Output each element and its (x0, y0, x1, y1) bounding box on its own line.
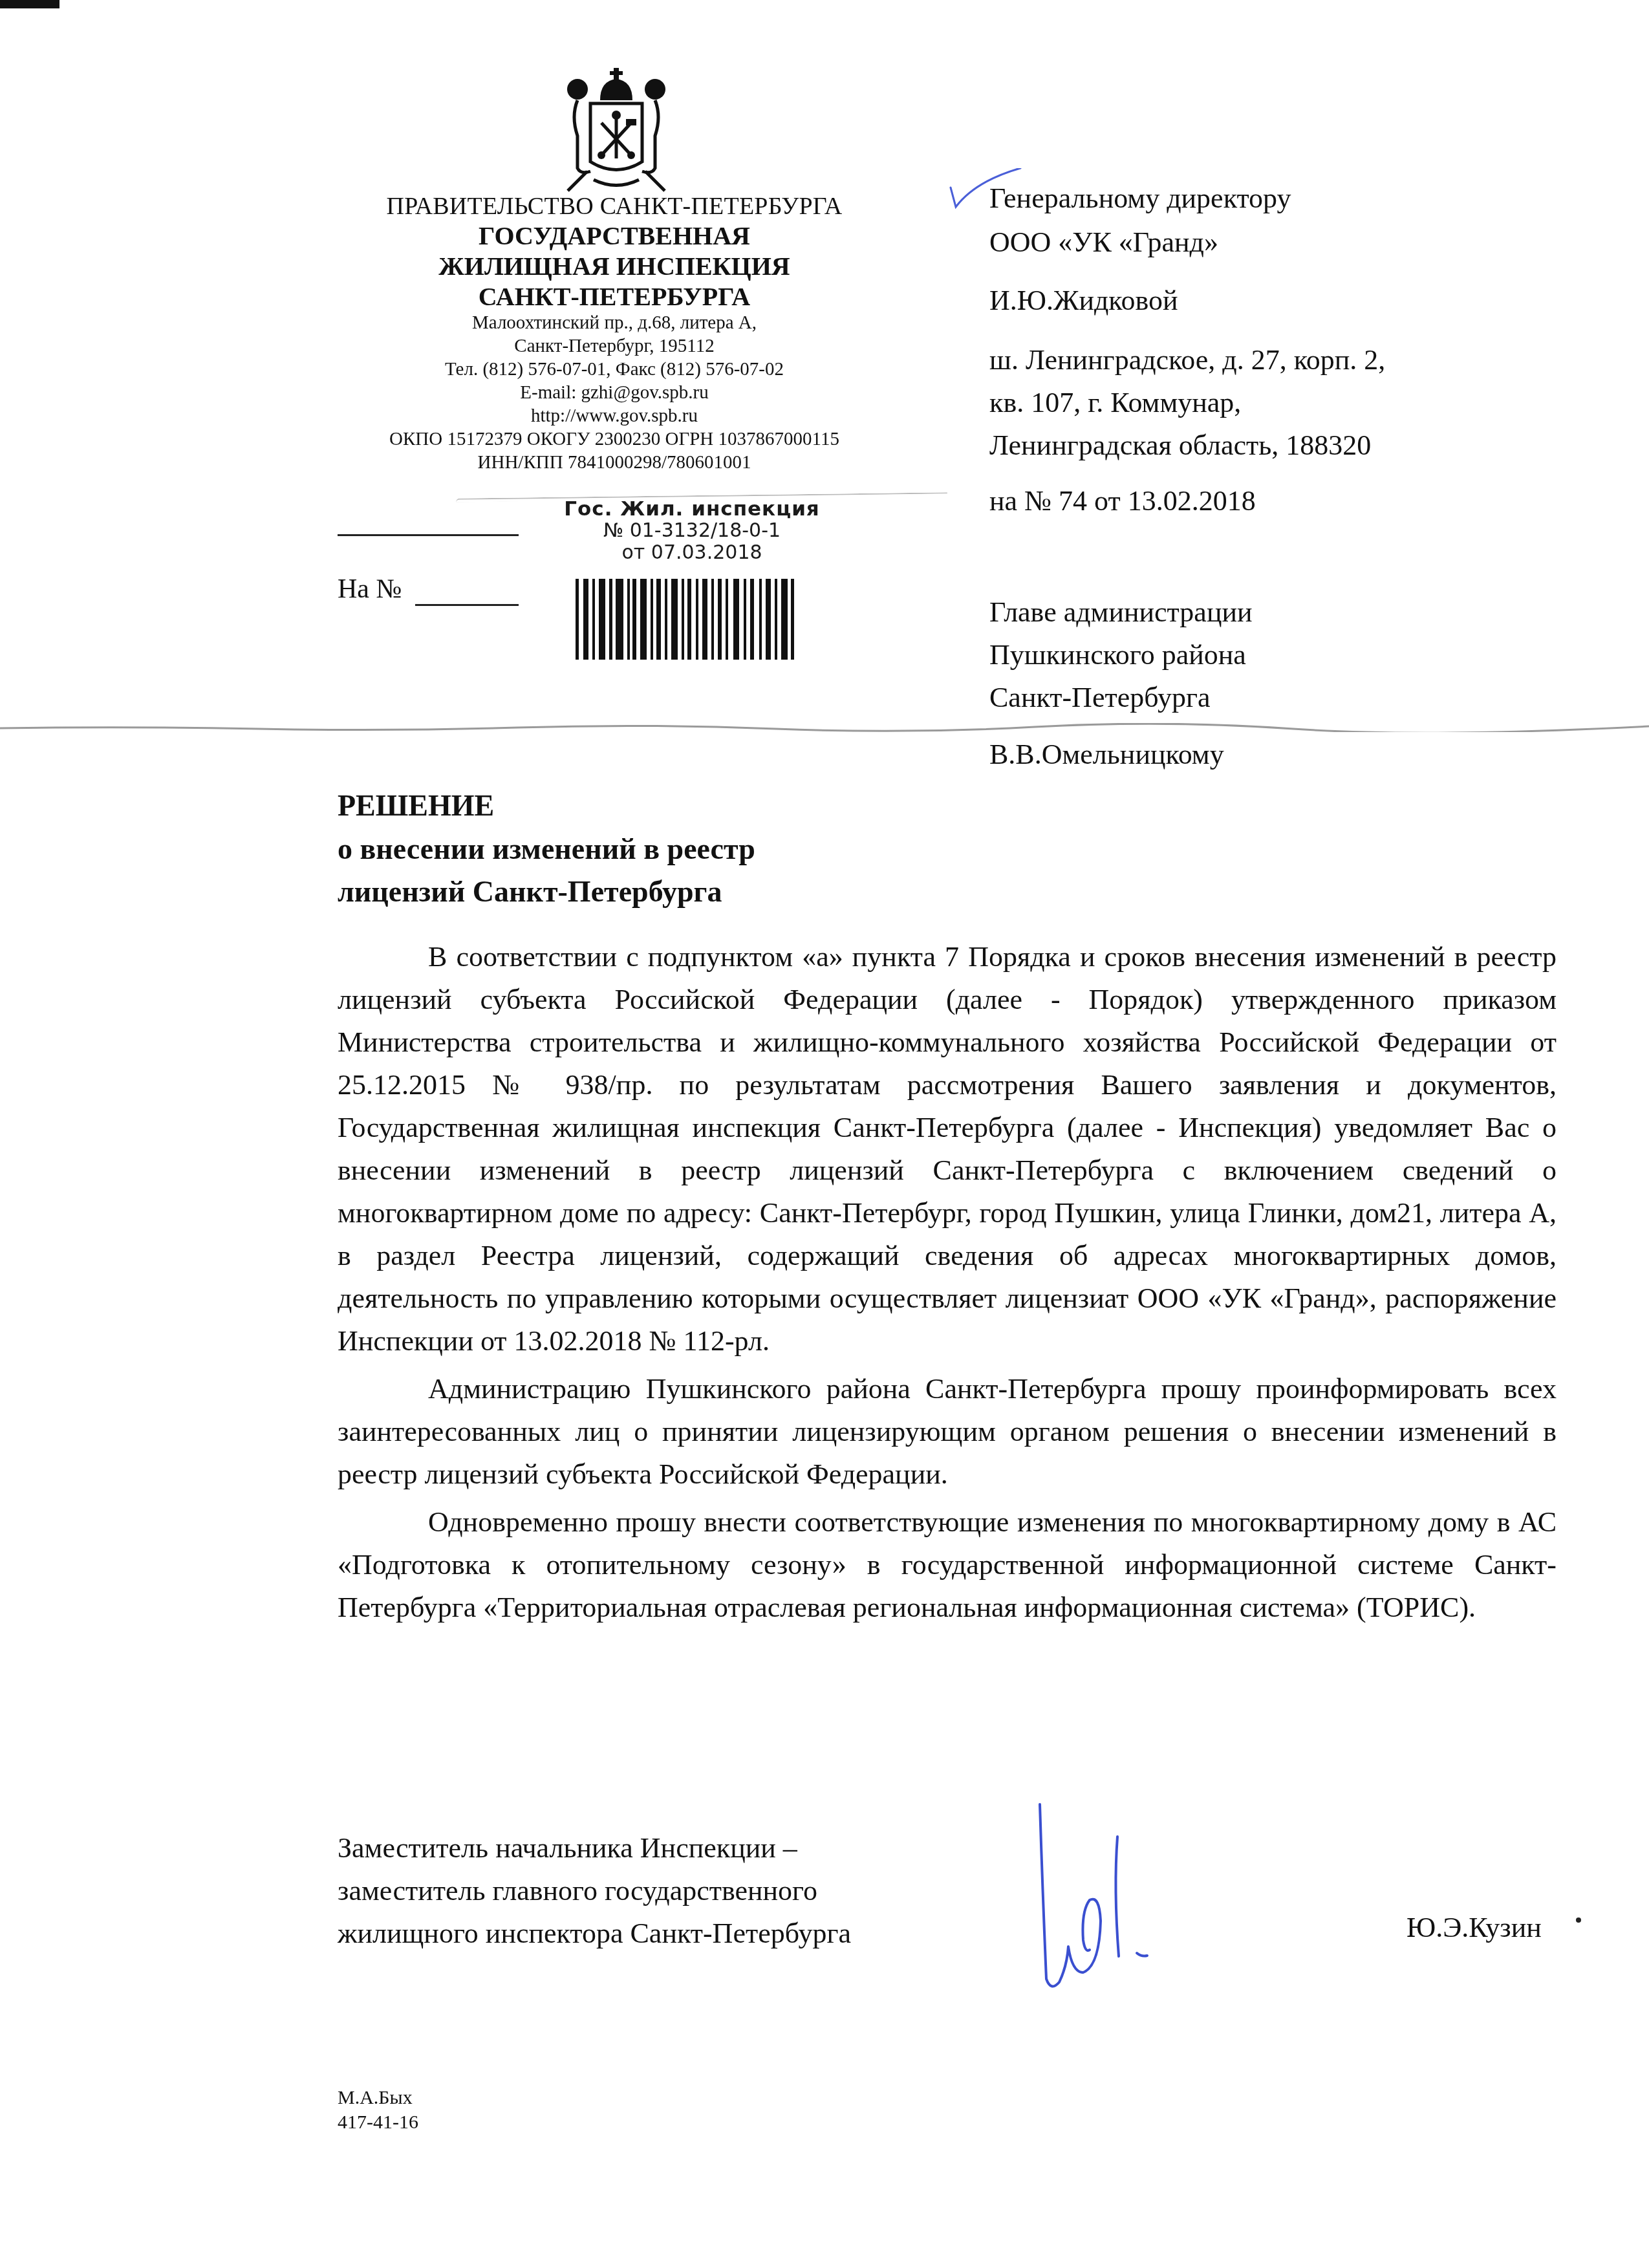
barcode-icon (576, 579, 795, 660)
title-line-3: лицензий Санкт-Петербурга (338, 870, 755, 914)
recipient-company: ООО «УК «Гранд» (989, 228, 1218, 257)
stamp-org: Гос. Жил. инспекция (556, 498, 828, 520)
signatory-position-line-3: жилищного инспектора Санкт-Петербурга (338, 1912, 851, 1955)
org-name-line-1: ГОСУДАРСТВЕННАЯ (336, 221, 892, 251)
signatory-name: Ю.Э.Кузин (1406, 1911, 1542, 1944)
org-address-line-2: Санкт-Петербург, 195112 (336, 335, 892, 358)
org-codes: ОКПО 15172379 ОКОГУ 2300230 ОГРН 1037867… (336, 428, 892, 451)
executor-phone: 417-41-16 (338, 2110, 418, 2135)
org-name-line-3: САНКТ-ПЕТЕРБУРГА (336, 281, 892, 312)
org-website: http://www.gov.spb.ru (336, 405, 892, 428)
document-title: РЕШЕНИЕ о внесении изменений в реестр ли… (338, 784, 755, 914)
recipient-address-line-3: Ленинградская область, 188320 (989, 431, 1371, 460)
handwritten-signature-icon (1022, 1791, 1164, 2005)
coat-of-arms-icon (555, 65, 678, 194)
recipient-address-line-2: кв. 107, г. Коммунар, (989, 389, 1241, 417)
signatory-position-line-2: заместитель главного государственного (338, 1870, 851, 1912)
body-paragraph: Одновременно прошу внести соответствующи… (338, 1501, 1557, 1629)
title-line-2: о внесении изменений в реестр (338, 828, 755, 871)
signatory-position-line-1: Заместитель начальника Инспекции – (338, 1827, 851, 1870)
paper-fold-line (0, 723, 1649, 732)
secondary-recipient-city: Санкт-Петербурга (989, 684, 1210, 712)
document-body: В соответствии с подпунктом «а» пункта 7… (338, 936, 1557, 1634)
org-phone-fax: Тел. (812) 576-07-01, Факс (812) 576-07-… (336, 358, 892, 382)
reply-reference: на № 74 от 13.02.2018 (989, 487, 1256, 515)
recipient-name: И.Ю.Жидковой (989, 286, 1178, 315)
org-email: E-mail: gzhi@gov.spb.ru (336, 382, 892, 405)
reply-to-number-blank (415, 604, 519, 606)
org-address-line-1: Малоохтинский пр., д.68, литера А, (336, 312, 892, 335)
letterhead: ПРАВИТЕЛЬСТВО САНКТ-ПЕТЕРБУРГА ГОСУДАРСТ… (336, 193, 892, 475)
executor-name: М.А.Бых (338, 2086, 418, 2110)
government-name: ПРАВИТЕЛЬСТВО САНКТ-ПЕТЕРБУРГА (336, 193, 892, 221)
secondary-recipient-position: Главе администрации (989, 598, 1253, 627)
body-paragraph: В соответствии с подпунктом «а» пункта 7… (338, 936, 1557, 1363)
executor-block: М.А.Бых 417-41-16 (338, 2086, 418, 2135)
ink-dot (1576, 1917, 1581, 1923)
recipient-position: Генеральному директору (989, 184, 1291, 213)
stamp-number: № 01-3132/18-0-1 (556, 520, 828, 542)
title-line-1: РЕШЕНИЕ (338, 784, 755, 828)
org-inn-kpp: ИНН/КПП 7841000298/780601001 (336, 451, 892, 475)
outgoing-number-blank (338, 534, 519, 536)
org-name-line-2: ЖИЛИЩНАЯ ИНСПЕКЦИЯ (336, 251, 892, 281)
scan-artifact (0, 0, 59, 8)
secondary-recipient-name: В.В.Омельницкому (989, 740, 1224, 769)
body-paragraph: Администрацию Пушкинского района Санкт-П… (338, 1368, 1557, 1496)
recipient-address-line-1: ш. Ленинградское, д. 27, корп. 2, (989, 346, 1385, 374)
secondary-recipient-district: Пушкинского района (989, 641, 1246, 669)
registration-stamp: Гос. Жил. инспекция № 01-3132/18-0-1 от … (556, 498, 828, 563)
reply-to-number-label: На № (338, 574, 402, 605)
stamp-date: от 07.03.2018 (556, 542, 828, 564)
signatory-position: Заместитель начальника Инспекции – замес… (338, 1827, 851, 1955)
